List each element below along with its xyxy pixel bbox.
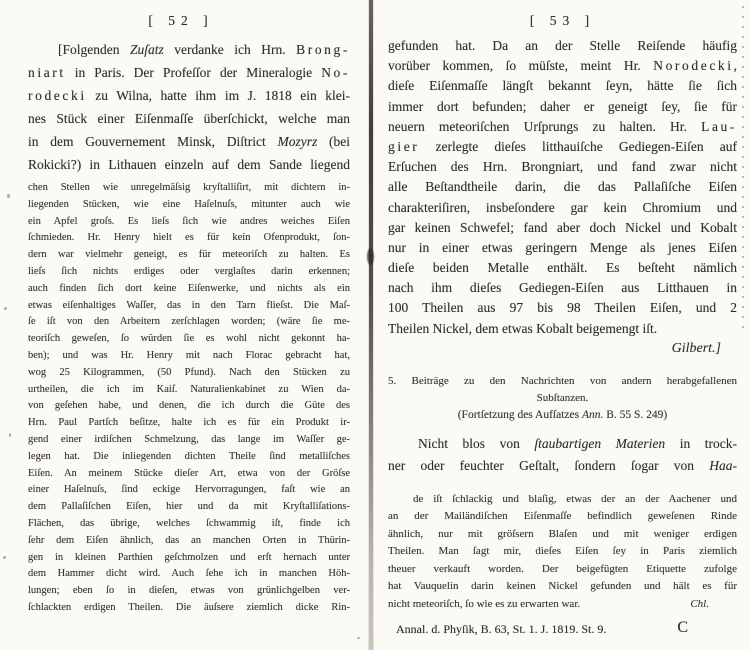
- text-line: Theilen Nickel, dem etwas Kobalt beigeme…: [388, 319, 737, 339]
- text-line: legen hat. Die inliegenden dichten Theil…: [28, 449, 350, 466]
- text-line: gier zerlegte dieſes litthauiſche Gedieg…: [388, 137, 737, 157]
- binding-smudge: [367, 248, 374, 265]
- text-line: de iſt ſchlackig und blaſig, etwas der a…: [388, 491, 737, 509]
- text-line: Eiſen. An meinem Stücke dieſer Art, etwa…: [28, 466, 350, 483]
- text-line: gefunden hat. Da an der Stelle Reiſende …: [388, 36, 737, 56]
- footnote-block: chen Stellen wie unregelmäſsig kryſtalli…: [28, 180, 350, 617]
- footnote-block: de iſt ſchlackig und blaſig, etwas der a…: [388, 491, 737, 614]
- text-line: ſehr dem Eiſen ähnlich, das an manchen O…: [28, 533, 350, 550]
- text-line: vorüber kommen, ſo müſste, meint Hr. Nor…: [388, 56, 737, 76]
- text-line: charakteriſiren, insbeſondere gar kein C…: [388, 198, 737, 218]
- text-line: alle Beſtandtheile darin, die das Pallaſ…: [388, 177, 737, 197]
- text-line: 5. Beiträge zu den Nachrichten von ander…: [388, 373, 737, 390]
- text-line: ben); und was Hr. Henry mit nach Florac …: [28, 348, 350, 365]
- imprint-text: Annal. d. Phyſik, B. 63, St. 1. J. 1819.…: [396, 622, 606, 637]
- text-line: urtheilen, die ich im Kaiſ. Naturalienka…: [28, 382, 350, 399]
- text-line: an der Mailändiſchen Eiſenmaſſe befindli…: [388, 508, 737, 526]
- text-line: von geſehen habe, und denen, die ich dur…: [28, 398, 350, 415]
- text-line: ähnlich, nur mit gröſsern Blaſen und mit…: [388, 526, 737, 544]
- book-scan: [ 52 ] [Folgenden Zuſatz verdanke ich Hr…: [0, 0, 750, 650]
- scan-speck: [4, 307, 7, 310]
- main-paragraph: [Folgenden Zuſatz verdanke ich Hrn. Bron…: [28, 38, 350, 176]
- page-number-header: [ 52 ]: [28, 12, 350, 30]
- text-line: etwas eiſenhaltiges Waſſer, das in den T…: [28, 298, 350, 315]
- signature-mark: C: [677, 619, 688, 637]
- text-line: lieſs ſich nichts erdiges oder verglaſte…: [28, 264, 350, 281]
- text-line: gar keinen Schwefel; fand aber doch Nick…: [388, 218, 737, 238]
- text-line: ſchmieden. Hr. Henry hielt es für kein O…: [28, 230, 350, 247]
- text-line: immer dort befunden; daher er geneigt ſe…: [388, 97, 737, 117]
- text-line: dern war vielmehr geneigt, es für meteor…: [28, 247, 350, 264]
- text-line: Erſuchen des Hrn. Brongniart, und fand z…: [388, 157, 737, 177]
- body-paragraph: gefunden hat. Da an der Stelle Reiſende …: [388, 36, 737, 339]
- text-line: lungen; eben ſo in dieſen, etwas von grü…: [28, 583, 350, 600]
- text-line: theuer verkauft worden. Der beigefügten …: [388, 561, 737, 579]
- text-line: dieſe Eiſenmaſſe längſt bekannt ſeyn, hä…: [388, 76, 737, 96]
- text-line: dem Pallaſiſchen Eiſen, hier und da mit …: [28, 499, 350, 516]
- page-53: [ 53 ] gefunden hat. Da an der Stelle Re…: [388, 12, 737, 637]
- text-line: in dem Gouvernement Minsk, Diſtrict Mozy…: [28, 130, 350, 153]
- text-line: rodecki zu Wilna, hatte ihm im J. 1818 e…: [28, 84, 350, 107]
- text-line: [Folgenden Zuſatz verdanke ich Hrn. Bron…: [28, 38, 350, 61]
- text-line: 100 Theilen aus 97 bis 98 Theilen Eiſen,…: [388, 298, 737, 318]
- text-line: nicht meteoriſch, ſo wie es zu erwarten …: [388, 596, 737, 614]
- binding-line: [369, 0, 373, 650]
- page-52: [ 52 ] [Folgenden Zuſatz verdanke ich Hr…: [28, 12, 350, 617]
- text-line: Flächen, das übrige, welches ſchwammig i…: [28, 516, 350, 533]
- text-line: liegenden Stücken, wie eine Haſelnuſs, m…: [28, 197, 350, 214]
- text-line: einer Haſelnuſs, ſind eckige Hervorragun…: [28, 482, 350, 499]
- signature-gilbert: Gilbert.]: [388, 339, 737, 359]
- scan-edge-artifact: [742, 6, 744, 336]
- scan-speck: [7, 194, 10, 198]
- text-line: hat Vauquelin darin keinen Nickel gefund…: [388, 578, 737, 596]
- text-line: Subſtanzen.: [388, 390, 737, 406]
- scan-speck: [9, 433, 11, 437]
- text-line: wog 25 Kilogrammen, (50 Pfund). Nach den…: [28, 365, 350, 382]
- text-line: ein Apfel groſs. Es lieſs ſich wie andre…: [28, 214, 350, 231]
- text-line: Nicht blos von ſtaubartigen Materien in …: [388, 433, 737, 455]
- text-line: dem Hammer dicht wird. Auch ſehe ich in …: [28, 566, 350, 583]
- text-line: auch finden ſich dort keine Eiſenwerke, …: [28, 281, 350, 298]
- text-line: nach ihm dieſes Gediegen-Eiſen aus Litth…: [388, 278, 737, 298]
- text-line: chen Stellen wie unregelmäſsig kryſtalli…: [28, 180, 350, 197]
- text-line: nes Stück einer Eiſenmaſſe überſchickt, …: [28, 107, 350, 130]
- text-line: gen in kleinen Parthien geſchmolzen und …: [28, 550, 350, 567]
- text-line: gend einer irdiſchen Schmelzung, das lan…: [28, 432, 350, 449]
- imprint-footer: Annal. d. Phyſik, B. 63, St. 1. J. 1819.…: [388, 617, 688, 637]
- text-line: Theilen. Man ſagt mir, dieſes Eiſen ſey …: [388, 543, 737, 561]
- text-line: Hrn. Paul Partſch beſitze, halte ich es …: [28, 415, 350, 432]
- text-line: nur in einer etwas geringern Menge als j…: [388, 238, 737, 258]
- text-line: dieſe beiden Metalle enthält. Es beſteht…: [388, 258, 737, 278]
- text-line: teoriſch geweſen, ſo würden ſie es wohl …: [28, 331, 350, 348]
- text-line: ſe iſt von den Arbeitern zerſchlagen wor…: [28, 314, 350, 331]
- text-line: ſchlackten erdigen Theilen. Die äuſsere …: [28, 600, 350, 617]
- text-line: Rokicki?) in Lithauen einzeln auf dem Sa…: [28, 153, 350, 176]
- scan-speck: [357, 637, 360, 639]
- page-number-header: [ 53 ]: [388, 12, 737, 30]
- text-line: neuern meteoriſchen Urſprungs zu halten.…: [388, 117, 737, 137]
- section-heading: 5. Beiträge zu den Nachrichten von ander…: [388, 373, 737, 425]
- text-line: (Fortſetzung des Aufſatzes Ann. B. 55 S.…: [388, 406, 737, 425]
- text-line: ner oder feuchter Geſtalt, ſondern ſogar…: [388, 455, 737, 477]
- text-line: niart in Paris. Der Profeſſor der Minera…: [28, 61, 350, 84]
- scan-speck: [3, 556, 6, 559]
- section-paragraph: Nicht blos von ſtaubartigen Materien in …: [388, 433, 737, 477]
